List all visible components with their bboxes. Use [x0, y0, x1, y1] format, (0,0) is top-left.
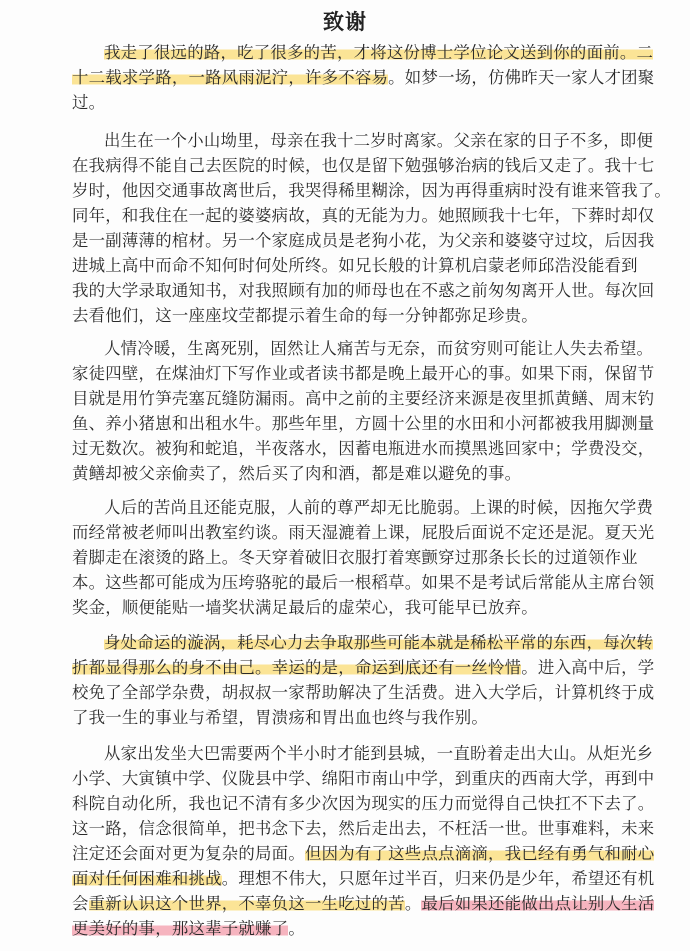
text-line: 更美好的事，那这辈子就赚了。: [72, 916, 624, 941]
text-line: 着脚走在滚烫的路上。冬天穿着破旧衣服打着寒颤穿过那条长长的过道领作业: [72, 545, 624, 570]
text-segment: 家徒四壁，在煤油灯下写作业或者读书都是晚上最开心的事。如果下雨，保留节: [72, 364, 654, 383]
text-segment: 着脚走在滚烫的路上。冬天穿着破旧衣服打着寒颤穿过那条长长的过道领作业: [72, 548, 638, 567]
text-segment: 小学、大寅镇中学、仪陇县中学、绵阳市南山中学，到重庆的西南大学，再到中: [72, 769, 654, 788]
text-segment: 会: [72, 894, 89, 913]
highlighted-text: 最后如果还能做出点让别人生活: [421, 894, 654, 913]
highlighted-text: 折都显得那么的身不由己。幸运的是，命运到底还有一丝怜惜: [72, 658, 521, 677]
text-segment: 在我病得不能自己去医院的时候，也仅是留下勉强够治病的钱后又走了。我十七: [72, 156, 654, 175]
highlighted-text: 十二载求学路，一路风雨泥泞，许多不容易: [72, 68, 388, 87]
highlighted-text: 重新认识这个世界，不辜负这一生吃过的苦: [89, 894, 405, 913]
text-segment: 黄鳝却被父亲偷卖了，然后买了肉和酒，都是难以避免的事。: [72, 464, 521, 483]
text-segment: 进城上高中而命不知何时何处所终。如兄长般的计算机启蒙老师邱浩没能看到: [72, 256, 638, 275]
text-segment: 本。这些都可能成为压垮骆驼的最后一根稻草。如果不是考试后常能从主席台领: [72, 573, 654, 592]
text-line: 进城上高中而命不知何时何处所终。如兄长般的计算机启蒙老师邱浩没能看到: [72, 253, 624, 278]
text-line: 岁时，他因交通事故离世后，我哭得稀里糊涂，因为再得重病时没有谁来管我了。: [72, 178, 624, 203]
text-segment: 了我一生的事业与希望，胃溃疡和胃出血也终与我作别。: [72, 708, 488, 727]
text-line: 校免了全部学杂费，胡叔叔一家帮助解决了生活费。进入大学后，计算机终于成: [72, 680, 624, 705]
text-segment: 注定还会面对更为复杂的局面。: [72, 844, 305, 863]
text-segment: 过无数次。被狗和蛇追，半夜落水，因蓄电瓶进水而摸黑逃回家中；学费没交，: [72, 439, 654, 458]
text-segment: 人后的苦尚且还能克服，人前的尊严却无比脆弱。上课的时候，因拖欠学费: [104, 498, 653, 517]
highlighted-text: 身处命运的漩涡，耗尽心力去争取那些可能本就是稀松平常的东西，每次转: [104, 633, 653, 652]
text-segment: 。: [405, 894, 422, 913]
document-page: 致谢 我走了很远的路，吃了很多的苦，才将这份博士学位论文送到你的面前。二十二载求…: [0, 0, 690, 951]
text-segment: 目就是用竹笋壳塞瓦缝防漏雨。高中之前的主要经济来源是夜里抓黄鳝、周末钓: [72, 389, 654, 408]
text-line: 家徒四壁，在煤油灯下写作业或者读书都是晚上最开心的事。如果下雨，保留节: [72, 361, 624, 386]
highlighted-text: 但因为有了这些点点滴滴，我已经有勇气和耐心: [305, 844, 654, 863]
text-line: 人后的苦尚且还能克服，人前的尊严却无比脆弱。上课的时候，因拖欠学费: [104, 495, 624, 520]
text-segment: 鱼、养小猪崽和出租水牛。那些年里，方圆十公里的水田和小河都被我用脚测量: [72, 414, 654, 433]
text-segment: 。理想不伟大，只愿年过半百，归来仍是少年，希望还有机: [222, 869, 655, 888]
text-line: 人情冷暖，生离死别，固然让人痛苦与无奈，而贫穷则可能让人失去希望。: [104, 336, 624, 361]
text-line: 注定还会面对更为复杂的局面。但因为有了这些点点滴滴，我已经有勇气和耐心: [72, 841, 624, 866]
text-segment: 而经常被老师叫出教室约谈。雨天湿漉着上课，屁股后面说不定还是泥。夏天光: [72, 523, 654, 542]
text-segment: 这一路，信念很简单，把书念下去，然后走出去，不枉活一世。世事难料，未来: [72, 819, 654, 838]
text-line: 鱼、养小猪崽和出租水牛。那些年里，方圆十公里的水田和小河都被我用脚测量: [72, 411, 624, 436]
highlighted-text: 面对任何困难和挑战: [72, 869, 222, 888]
text-segment: 。: [288, 919, 305, 938]
text-line: 黄鳝却被父亲偷卖了，然后买了肉和酒，都是难以避免的事。: [72, 461, 624, 486]
text-segment: 同年，和我住在一起的婆婆病故，真的无能为力。她照顾我十七年，下葬时却仅: [72, 206, 654, 225]
text-line: 奖金，顺便能贴一墙奖状满足最后的虚荣心，我可能早已放弃。: [72, 595, 624, 620]
text-line: 面对任何困难和挑战。理想不伟大，只愿年过半百，归来仍是少年，希望还有机: [72, 866, 624, 891]
text-segment: 我的大学录取通知书，对我照顾有加的师母也在不惑之前匆匆离开人世。每次回: [72, 281, 654, 300]
text-segment: 。如梦一场，仿佛昨天一家人才团聚: [388, 68, 654, 87]
text-segment: 去看他们，这一座座坟茔都提示着生命的每一分钟都弥足珍贵。: [72, 306, 538, 325]
text-segment: 岁时，他因交通事故离世后，我哭得稀里糊涂，因为再得重病时没有谁来管我了。: [72, 181, 671, 200]
text-line: 去看他们，这一座座坟茔都提示着生命的每一分钟都弥足珍贵。: [72, 303, 624, 328]
text-segment: 校免了全部学杂费，胡叔叔一家帮助解决了生活费。进入大学后，计算机终于成: [72, 683, 654, 702]
text-segment: 奖金，顺便能贴一墙奖状满足最后的虚荣心，我可能早已放弃。: [72, 598, 538, 617]
text-line: 我的大学录取通知书，对我照顾有加的师母也在不惑之前匆匆离开人世。每次回: [72, 278, 624, 303]
text-segment: 是一副薄薄的棺材。另一个家庭成员是老狗小花，为父亲和婆婆守过坟，后因我: [72, 231, 654, 250]
text-line: 了我一生的事业与希望，胃溃疡和胃出血也终与我作别。: [72, 705, 624, 730]
text-line: 出生在一个小山坳里，母亲在我十二岁时离家。父亲在家的日子不多，即便: [104, 128, 624, 153]
text-line: 科院自动化所，我也记不清有多少次因为现实的压力而觉得自己快扛不下去了。: [72, 791, 624, 816]
text-line: 过无数次。被狗和蛇追，半夜落水，因蓄电瓶进水而摸黑逃回家中；学费没交，: [72, 436, 624, 461]
text-segment: 。进入高中后，学: [521, 658, 654, 677]
text-segment: 出生在一个小山坳里，母亲在我十二岁时离家。父亲在家的日子不多，即便: [104, 131, 653, 150]
text-line: 小学、大寅镇中学、仪陇县中学、绵阳市南山中学，到重庆的西南大学，再到中: [72, 766, 624, 791]
text-line: 身处命运的漩涡，耗尽心力去争取那些可能本就是稀松平常的东西，每次转: [104, 630, 624, 655]
text-line: 本。这些都可能成为压垮骆驼的最后一根稻草。如果不是考试后常能从主席台领: [72, 570, 624, 595]
highlighted-text: 我走了很远的路，吃了很多的苦，才将这份博士学位论文送到你的面前。二: [104, 43, 653, 62]
text-segment: 人情冷暖，生离死别，固然让人痛苦与无奈，而贫穷则可能让人失去希望。: [104, 339, 653, 358]
text-line: 过。: [72, 90, 624, 115]
text-line: 是一副薄薄的棺材。另一个家庭成员是老狗小花，为父亲和婆婆守过坟，后因我: [72, 228, 624, 253]
text-line: 这一路，信念很简单，把书念下去，然后走出去，不枉活一世。世事难料，未来: [72, 816, 624, 841]
text-line: 目就是用竹笋壳塞瓦缝防漏雨。高中之前的主要经济来源是夜里抓黄鳝、周末钓: [72, 386, 624, 411]
text-segment: 科院自动化所，我也记不清有多少次因为现实的压力而觉得自己快扛不下去了。: [72, 794, 654, 813]
highlighted-text: 更美好的事，那这辈子就赚了: [72, 919, 288, 938]
text-line: 而经常被老师叫出教室约谈。雨天湿漉着上课，屁股后面说不定还是泥。夏天光: [72, 520, 624, 545]
text-segment: 过。: [72, 93, 105, 112]
text-line: 折都显得那么的身不由己。幸运的是，命运到底还有一丝怜惜。进入高中后，学: [72, 655, 624, 680]
text-line: 十二载求学路，一路风雨泥泞，许多不容易。如梦一场，仿佛昨天一家人才团聚: [72, 65, 624, 90]
text-line: 从家出发坐大巴需要两个半小时才能到县城，一直盼着走出大山。从炬光乡: [104, 741, 624, 766]
page-title: 致谢: [0, 6, 690, 36]
text-line: 我走了很远的路，吃了很多的苦，才将这份博士学位论文送到你的面前。二: [104, 40, 624, 65]
text-segment: 从家出发坐大巴需要两个半小时才能到县城，一直盼着走出大山。从炬光乡: [104, 744, 653, 763]
text-line: 在我病得不能自己去医院的时候，也仅是留下勉强够治病的钱后又走了。我十七: [72, 153, 624, 178]
text-line: 同年，和我住在一起的婆婆病故，真的无能为力。她照顾我十七年，下葬时却仅: [72, 203, 624, 228]
text-line: 会重新认识这个世界，不辜负这一生吃过的苦。最后如果还能做出点让别人生活: [72, 891, 624, 916]
